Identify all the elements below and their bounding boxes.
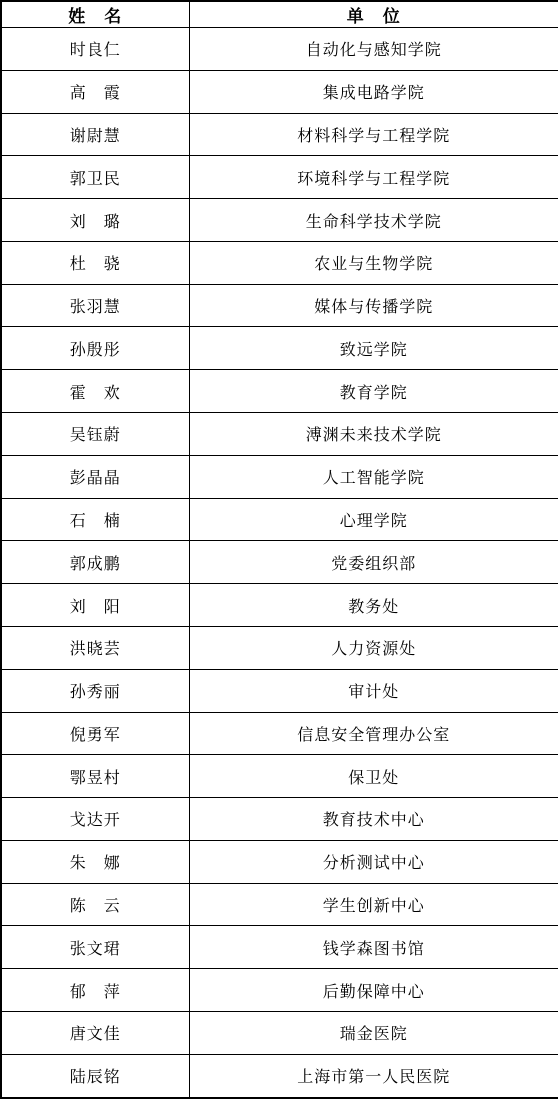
table-row: 高 霞 集成电路学院 [1, 70, 558, 113]
table-row: 郭卫民 环境科学与工程学院 [1, 156, 558, 199]
name-column-header: 姓 名 [1, 1, 189, 28]
unit-cell: 后勤保障中心 [189, 969, 558, 1012]
table-row: 石 楠 心理学院 [1, 498, 558, 541]
name-cell: 石 楠 [1, 498, 189, 541]
unit-cell: 自动化与感知学院 [189, 28, 558, 71]
table-row: 戈达开 教育技术中心 [1, 798, 558, 841]
table-row: 鄂昱村 保卫处 [1, 755, 558, 798]
table-row: 孙殷彤 致远学院 [1, 327, 558, 370]
table-row: 时良仁 自动化与感知学院 [1, 28, 558, 71]
table-row: 谢尉慧 材料科学与工程学院 [1, 113, 558, 156]
unit-cell: 学生创新中心 [189, 883, 558, 926]
name-cell: 霍 欢 [1, 370, 189, 413]
unit-cell: 教育学院 [189, 370, 558, 413]
table-row: 杜 骁 农业与生物学院 [1, 241, 558, 284]
table-row: 郭成鹏 党委组织部 [1, 541, 558, 584]
name-cell: 陆辰铭 [1, 1054, 189, 1098]
unit-cell: 媒体与传播学院 [189, 284, 558, 327]
unit-cell: 农业与生物学院 [189, 241, 558, 284]
name-cell: 朱 娜 [1, 840, 189, 883]
unit-cell: 审计处 [189, 669, 558, 712]
unit-cell: 钱学森图书馆 [189, 926, 558, 969]
table-row: 刘 璐 生命科学技术学院 [1, 199, 558, 242]
name-cell: 郭卫民 [1, 156, 189, 199]
table-row: 唐文佳 瑞金医院 [1, 1011, 558, 1054]
name-cell: 吴钰蔚 [1, 413, 189, 456]
unit-cell: 环境科学与工程学院 [189, 156, 558, 199]
unit-cell: 致远学院 [189, 327, 558, 370]
unit-cell: 上海市第一人民医院 [189, 1054, 558, 1098]
name-cell: 洪晓芸 [1, 626, 189, 669]
table-row: 吴钰蔚 溥渊未来技术学院 [1, 413, 558, 456]
name-cell: 杜 骁 [1, 241, 189, 284]
name-cell: 刘 阳 [1, 584, 189, 627]
name-cell: 张羽慧 [1, 284, 189, 327]
unit-cell: 溥渊未来技术学院 [189, 413, 558, 456]
table-row: 孙秀丽 审计处 [1, 669, 558, 712]
roster-table: 姓 名 单 位 时良仁 自动化与感知学院 高 霞 集成电路学院 谢尉慧 材料科学… [0, 0, 558, 1099]
table-row: 霍 欢 教育学院 [1, 370, 558, 413]
unit-cell: 分析测试中心 [189, 840, 558, 883]
table-row: 陈 云 学生创新中心 [1, 883, 558, 926]
name-cell: 戈达开 [1, 798, 189, 841]
name-cell: 刘 璐 [1, 199, 189, 242]
table-header: 姓 名 单 位 [1, 1, 558, 28]
table-row: 倪勇军 信息安全管理办公室 [1, 712, 558, 755]
table-body: 时良仁 自动化与感知学院 高 霞 集成电路学院 谢尉慧 材料科学与工程学院 郭卫… [1, 28, 558, 1099]
unit-cell: 集成电路学院 [189, 70, 558, 113]
table-row: 朱 娜 分析测试中心 [1, 840, 558, 883]
name-cell: 倪勇军 [1, 712, 189, 755]
name-cell: 鄂昱村 [1, 755, 189, 798]
name-cell: 孙秀丽 [1, 669, 189, 712]
header-row: 姓 名 单 位 [1, 1, 558, 28]
name-cell: 郁 萍 [1, 969, 189, 1012]
unit-cell: 瑞金医院 [189, 1011, 558, 1054]
unit-cell: 保卫处 [189, 755, 558, 798]
table-row: 洪晓芸 人力资源处 [1, 626, 558, 669]
name-cell: 孙殷彤 [1, 327, 189, 370]
name-cell: 谢尉慧 [1, 113, 189, 156]
unit-cell: 教育技术中心 [189, 798, 558, 841]
unit-cell: 人力资源处 [189, 626, 558, 669]
name-cell: 唐文佳 [1, 1011, 189, 1054]
unit-cell: 心理学院 [189, 498, 558, 541]
table-row: 张羽慧 媒体与传播学院 [1, 284, 558, 327]
unit-cell: 党委组织部 [189, 541, 558, 584]
table-row: 彭晶晶 人工智能学院 [1, 455, 558, 498]
unit-cell: 信息安全管理办公室 [189, 712, 558, 755]
table-row: 张文珺 钱学森图书馆 [1, 926, 558, 969]
table-row: 陆辰铭 上海市第一人民医院 [1, 1054, 558, 1098]
unit-column-header: 单 位 [189, 1, 558, 28]
name-cell: 郭成鹏 [1, 541, 189, 584]
name-cell: 陈 云 [1, 883, 189, 926]
table-row: 刘 阳 教务处 [1, 584, 558, 627]
document-page: 姓 名 单 位 时良仁 自动化与感知学院 高 霞 集成电路学院 谢尉慧 材料科学… [0, 0, 558, 1099]
name-cell: 时良仁 [1, 28, 189, 71]
unit-cell: 材料科学与工程学院 [189, 113, 558, 156]
table-row: 郁 萍 后勤保障中心 [1, 969, 558, 1012]
unit-cell: 教务处 [189, 584, 558, 627]
unit-cell: 人工智能学院 [189, 455, 558, 498]
name-cell: 张文珺 [1, 926, 189, 969]
name-cell: 彭晶晶 [1, 455, 189, 498]
unit-cell: 生命科学技术学院 [189, 199, 558, 242]
name-cell: 高 霞 [1, 70, 189, 113]
